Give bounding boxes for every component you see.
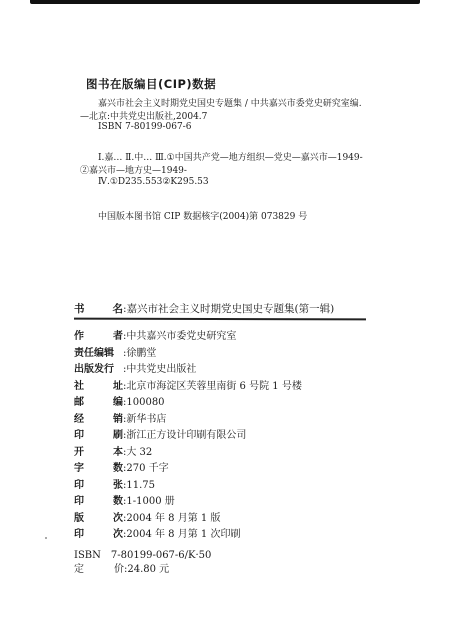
colophon-row: 印次:2004 年 8 月第 1 次印刷 bbox=[74, 527, 302, 544]
colophon-row: 邮编:100080 bbox=[74, 395, 302, 412]
colophon-label: 开本 bbox=[74, 445, 123, 462]
colophon-row: 出版发行:中共党史出版社 bbox=[74, 362, 302, 379]
cip-line: ②嘉兴市—地方史—1949- bbox=[80, 163, 187, 176]
colophon-label: 印张 bbox=[74, 478, 123, 495]
colophon-value: 100080 bbox=[126, 395, 164, 412]
colophon-label: 印数 bbox=[74, 494, 123, 511]
colophon-label: 印刷 bbox=[74, 428, 123, 445]
colophon-value: 中共党史出版社 bbox=[126, 362, 196, 379]
price-row: 定 价 : 24.80 元 bbox=[74, 562, 169, 578]
colophon-label: 印次 bbox=[74, 527, 123, 544]
cip-line: —北京:中共党史出版社,2004.7 bbox=[80, 109, 207, 122]
book-title-label-2: 名 bbox=[112, 303, 124, 315]
colophon-row: 开本:大 32 bbox=[74, 445, 302, 462]
colophon-label: 作者 bbox=[74, 329, 123, 346]
colophon-value: 北京市海淀区芙蓉里南街 6 号院 1 号楼 bbox=[126, 379, 301, 396]
colophon-label: 邮编 bbox=[74, 395, 123, 412]
price-value: 24.80 元 bbox=[127, 562, 169, 578]
isbn-line: ISBN 7-80199-067-6/K·50 bbox=[74, 546, 211, 561]
colophon-value: 徐鹏堂 bbox=[126, 346, 156, 363]
scan-top-edge bbox=[30, 0, 420, 4]
colophon-row: 印张:11.75 bbox=[74, 478, 302, 495]
colophon-table: 作者:中共嘉兴市委党史研究室责任编辑:徐鹏堂出版发行:中共党史出版社社址:北京市… bbox=[74, 329, 302, 544]
colophon-row: 责任编辑:徐鹏堂 bbox=[74, 346, 302, 363]
colophon-row: 社址:北京市海淀区芙蓉里南街 6 号院 1 号楼 bbox=[74, 379, 302, 396]
colophon-label: 版次 bbox=[74, 511, 123, 528]
colophon-row: 经销:新华书店 bbox=[74, 412, 302, 429]
colophon-value: 浙江正方设计印刷有限公司 bbox=[126, 428, 246, 445]
colophon-row: 作者:中共嘉兴市委党史研究室 bbox=[74, 329, 302, 346]
colophon-value: 11.75 bbox=[126, 478, 155, 495]
scan-speck bbox=[45, 537, 47, 539]
separator-rule bbox=[74, 318, 366, 320]
colophon-row: 字数:270 千字 bbox=[74, 461, 302, 478]
cip-heading: 图书在版编目(CIP)数据 bbox=[86, 76, 216, 92]
book-title-value: 嘉兴市社会主义时期党史国史专题集(第一辑) bbox=[127, 303, 335, 315]
cip-isbn: ISBN 7-80199-067-6 bbox=[98, 122, 191, 132]
colophon-row: 印刷:浙江正方设计印刷有限公司 bbox=[74, 428, 302, 445]
colophon-label: 出版发行 bbox=[74, 362, 123, 379]
price-label: 定 价 bbox=[74, 562, 124, 578]
colophon-label: 经销 bbox=[74, 412, 123, 429]
colophon-value: 270 千字 bbox=[126, 461, 168, 478]
book-title-label-1: 书 bbox=[74, 303, 86, 315]
cip-line: Ⅰ.嘉… Ⅱ.中… Ⅲ.①中国共产党—地方组织—党史—嘉兴市—1949- bbox=[98, 150, 363, 163]
colophon-value: 大 32 bbox=[126, 445, 152, 462]
colophon-label: 社址 bbox=[74, 379, 123, 396]
cip-line: 嘉兴市社会主义时期党史国史专题集 / 中共嘉兴市委党史研究室编. bbox=[98, 96, 362, 109]
colophon-value: 新华书店 bbox=[126, 412, 166, 429]
colophon-label: 字数 bbox=[74, 461, 123, 478]
book-title-row: 书名:嘉兴市社会主义时期党史国史专题集(第一辑) bbox=[74, 301, 334, 316]
colophon-label: 责任编辑 bbox=[74, 346, 123, 363]
cip-classification: Ⅳ.①D235.553②K295.53 bbox=[98, 177, 209, 187]
colophon-value: 2004 年 8 月第 1 版 bbox=[126, 511, 220, 528]
cip-verification: 中国版本图书馆 CIP 数据核字(2004)第 073829 号 bbox=[98, 209, 307, 222]
colophon-value: 1-1000 册 bbox=[126, 494, 174, 511]
colophon-row: 印数:1-1000 册 bbox=[74, 494, 302, 511]
colophon-value: 中共嘉兴市委党史研究室 bbox=[126, 329, 236, 346]
colophon-value: 2004 年 8 月第 1 次印刷 bbox=[126, 527, 240, 544]
colophon-row: 版次:2004 年 8 月第 1 版 bbox=[74, 511, 302, 528]
